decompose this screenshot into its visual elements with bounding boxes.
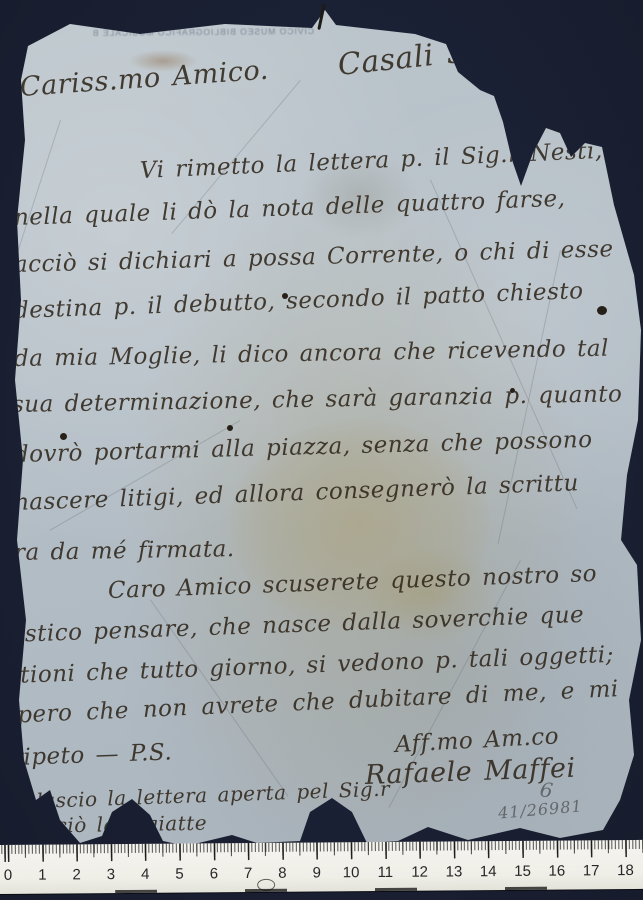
letter-postscript-line: Vi lascio la lettera aperta pel Sig.r [5,777,391,814]
stamp-text-mirrored: CIVICO MUSEO BIBLIOGRAFICO MUSICALE BOLO… [92,26,314,38]
letter-dateline: Casali 3 [336,35,468,83]
ruler-number: 4 [141,866,149,883]
ink-spot [60,433,67,440]
ink-spot [597,306,607,315]
letter-paper: CIVICO MUSEO BIBLIOGRAFICO MUSICALE BOLO… [0,0,643,900]
ruler: 0123456789101112131415161718 [0,840,643,894]
letter-line: nella quale li dò la nota delle quattro … [14,186,566,231]
ruler-number: 0 [4,867,12,884]
ruler-number: 3 [107,866,115,883]
ruler-number: 9 [312,864,320,881]
letter-line: sua determinazione, che sarà garanzia p.… [12,381,623,418]
ruler-number: 13 [446,863,463,880]
ruler-number: 16 [548,863,565,880]
inventory-number: 41/26981 [497,796,583,822]
ruler-scale: 0123456789101112131415161718 [0,840,643,894]
photo-background: CIVICO MUSEO BIBLIOGRAFICO MUSICALE BOLO… [0,0,643,900]
ruler-number: 14 [480,863,497,880]
ruler-number: 5 [175,866,183,883]
letter-line: ra da mé firmata. [14,536,235,566]
ruler-mark [257,879,275,891]
ruler-number: 15 [514,863,531,880]
letter-line: acciò si dichiari a possa Corrente, o ch… [14,236,614,278]
ruler-number: 17 [583,862,600,879]
ruler-number: 1 [38,867,46,884]
ruler-number: 11 [377,864,393,881]
ruler-number: 8 [278,865,286,882]
ruler-number: 10 [343,864,360,881]
letter-line: ripeto — P.S. [12,739,173,771]
letter-line: da mia Moglie, li dico ancora che riceve… [14,336,609,372]
stain [455,22,550,74]
ink-spot [227,425,233,431]
ruler-number: 2 [72,866,80,883]
ruler-number: 6 [210,865,218,882]
ruler-number: 7 [244,865,252,882]
ruler-number: 18 [617,862,634,879]
letter-line: destina p. il debutto, secondo il patto … [14,278,584,324]
ruler-number: 12 [411,864,428,881]
letter-postscript-line: tti..ciò la legiatte [18,811,208,838]
letter-closing: Aff.mo Am.co [394,723,559,758]
